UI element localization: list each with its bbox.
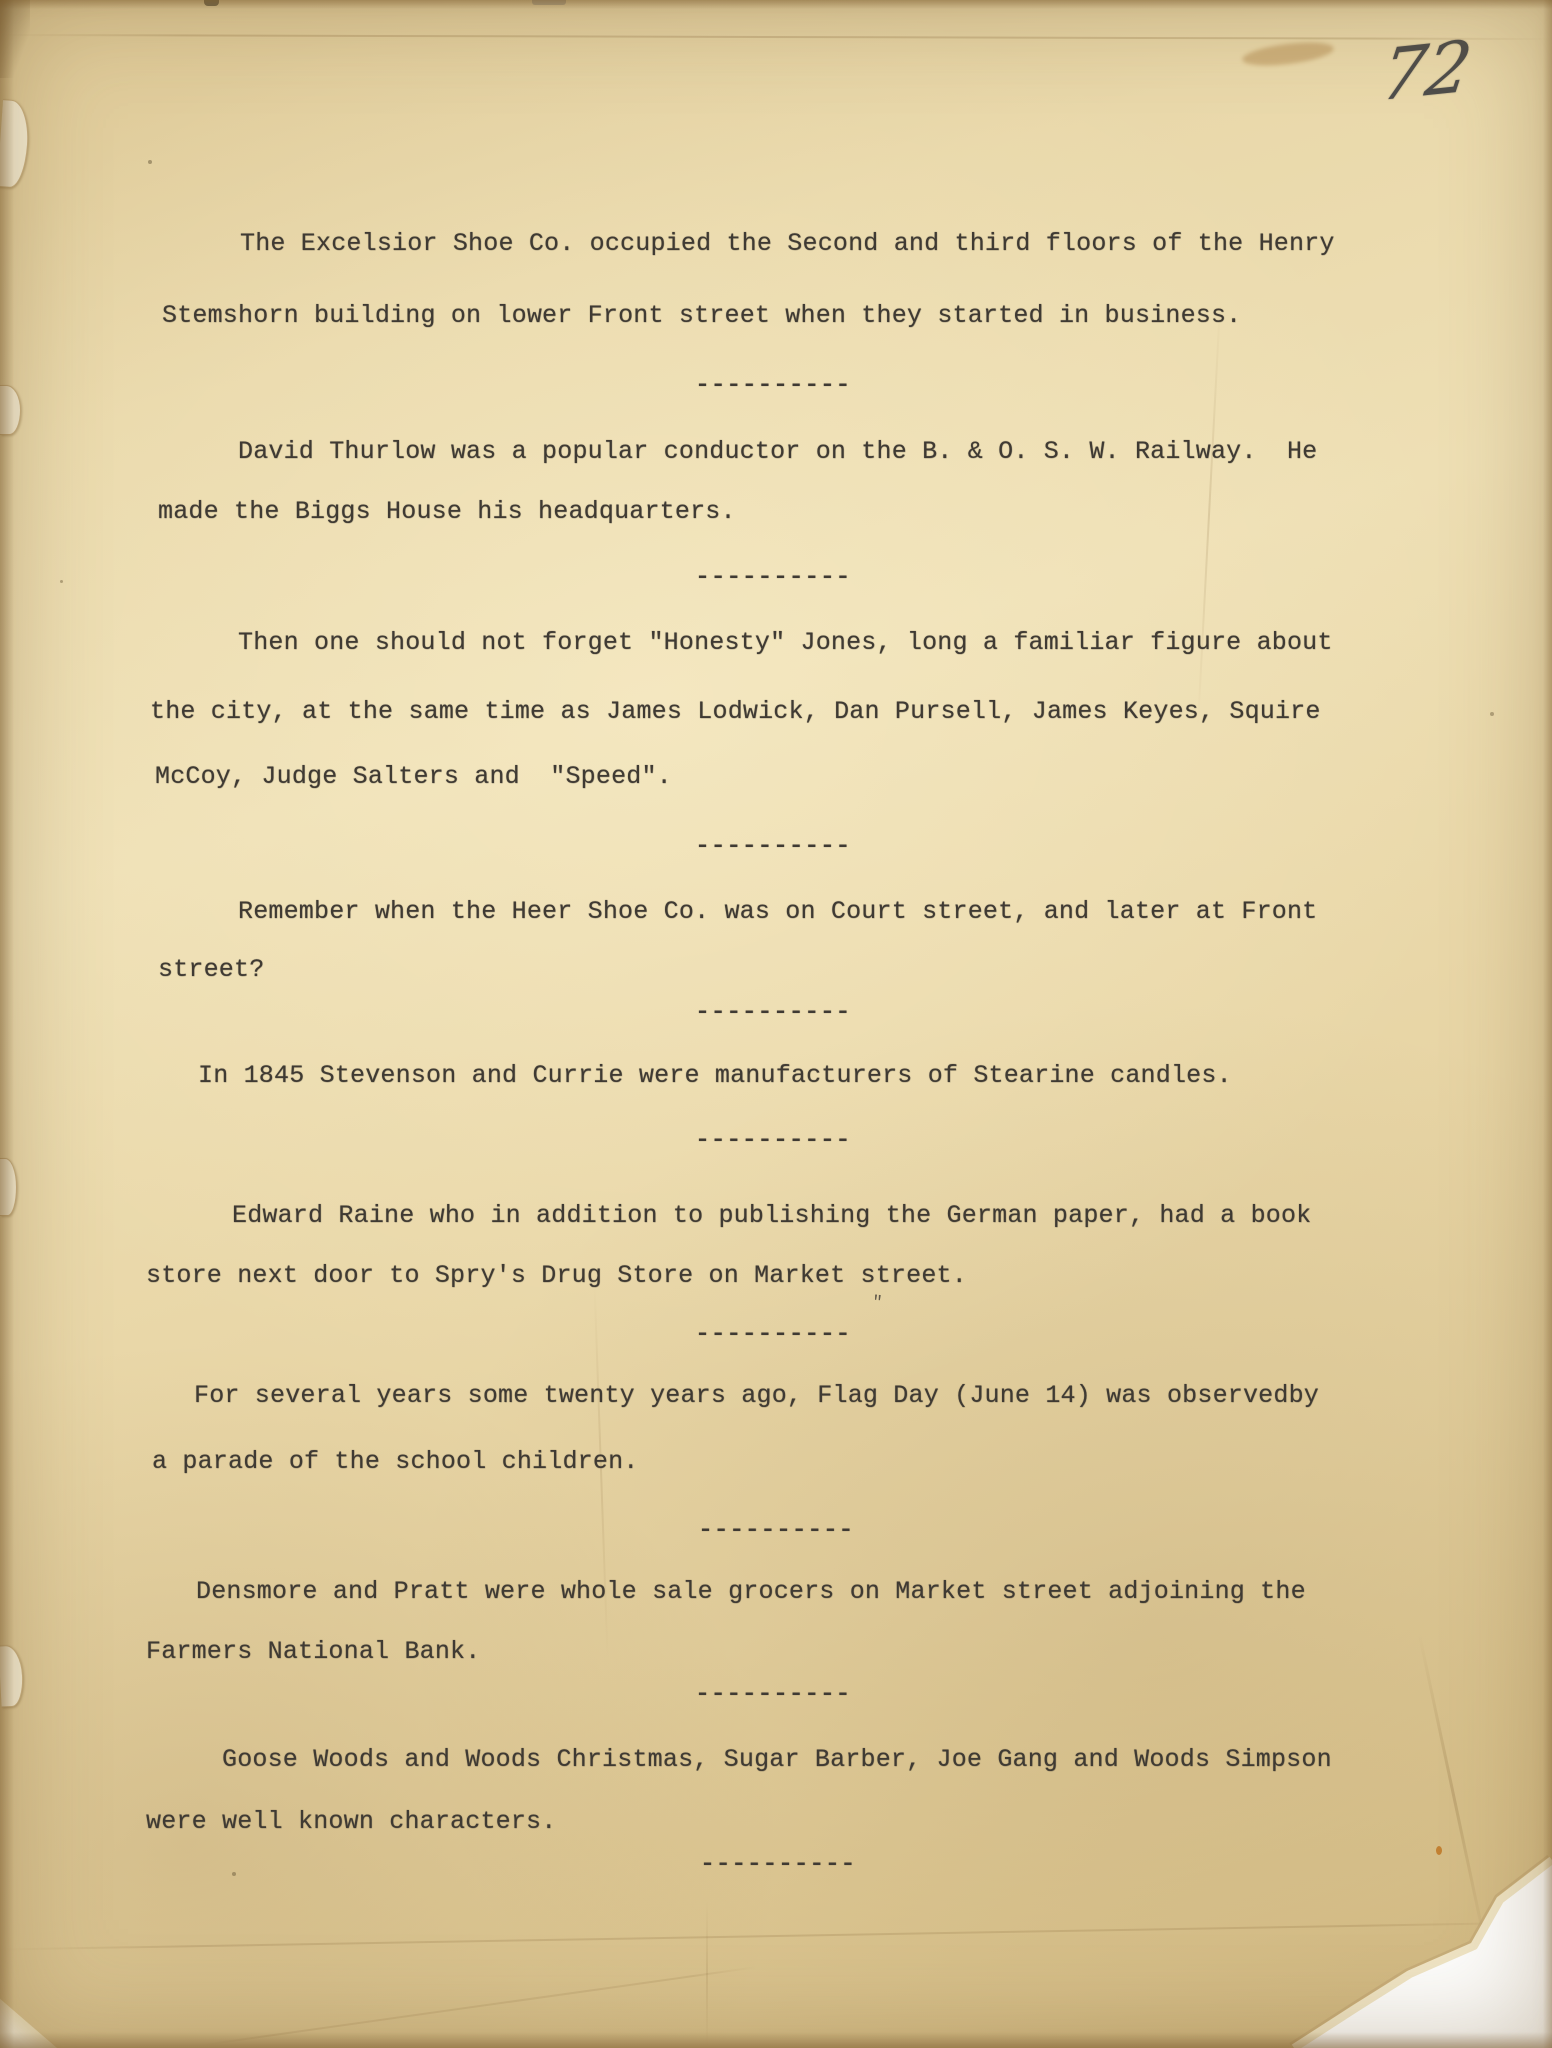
- text-line: the city, at the same time as James Lodw…: [150, 696, 1321, 728]
- stray-ink-mark: ″: [871, 1294, 883, 1314]
- text-line: McCoy, Judge Salters and "Speed".: [155, 761, 672, 793]
- text-line: a parade of the school children.: [152, 1446, 638, 1478]
- text-line: For several years some twenty years ago,…: [194, 1380, 1319, 1412]
- text-line: were well known characters.: [146, 1806, 556, 1838]
- text-line: Farmers National Bank.: [146, 1636, 480, 1668]
- separator-dashes: ----------: [700, 1851, 856, 1877]
- dust-speck: [1490, 712, 1494, 716]
- paper-edge-shadow: [0, 0, 14, 2048]
- separator-dashes: ----------: [695, 1681, 851, 1707]
- torn-corner: [1252, 1848, 1552, 2048]
- text-line: In 1845 Stevenson and Currie were manufa…: [198, 1060, 1232, 1092]
- dust-speck: [60, 580, 63, 583]
- page-number: 72: [1376, 25, 1476, 118]
- separator-dashes: ----------: [695, 999, 851, 1025]
- text-line: David Thurlow was a popular conductor on…: [238, 436, 1317, 468]
- text-line: Remember when the Heer Shoe Co. was on C…: [238, 896, 1317, 928]
- separator-dashes: ----------: [695, 1127, 851, 1153]
- dust-speck: [148, 160, 152, 164]
- separator-dashes: ----------: [695, 1321, 851, 1347]
- document-scan: 72 The Excelsior Shoe Co. occupied the S…: [0, 0, 1552, 2048]
- text-line: Edward Raine who in addition to publishi…: [232, 1200, 1311, 1232]
- paper-edge-shadow: [0, 2032, 1552, 2048]
- separator-dashes: ----------: [695, 833, 851, 859]
- text-line: street?: [158, 954, 264, 986]
- text-line: Goose Woods and Woods Christmas, Sugar B…: [222, 1744, 1332, 1776]
- separator-dashes: ----------: [695, 372, 851, 398]
- paper-edge-shadow: [1543, 0, 1552, 2048]
- separator-dashes: ----------: [698, 1517, 854, 1543]
- text-line: made the Biggs House his headquarters.: [158, 496, 736, 528]
- text-line: The Excelsior Shoe Co. occupied the Seco…: [240, 228, 1335, 260]
- text-line: Densmore and Pratt were whole sale groce…: [196, 1576, 1306, 1608]
- text-line: Then one should not forget "Honesty" Jon…: [238, 627, 1333, 659]
- paper-edge-shadow: [0, 0, 1552, 9]
- separator-dashes: ----------: [695, 564, 851, 590]
- text-line: Stemshorn building on lower Front street…: [162, 300, 1241, 332]
- text-line: store next door to Spry's Drug Store on …: [146, 1260, 967, 1292]
- dust-speck: [232, 1872, 236, 1876]
